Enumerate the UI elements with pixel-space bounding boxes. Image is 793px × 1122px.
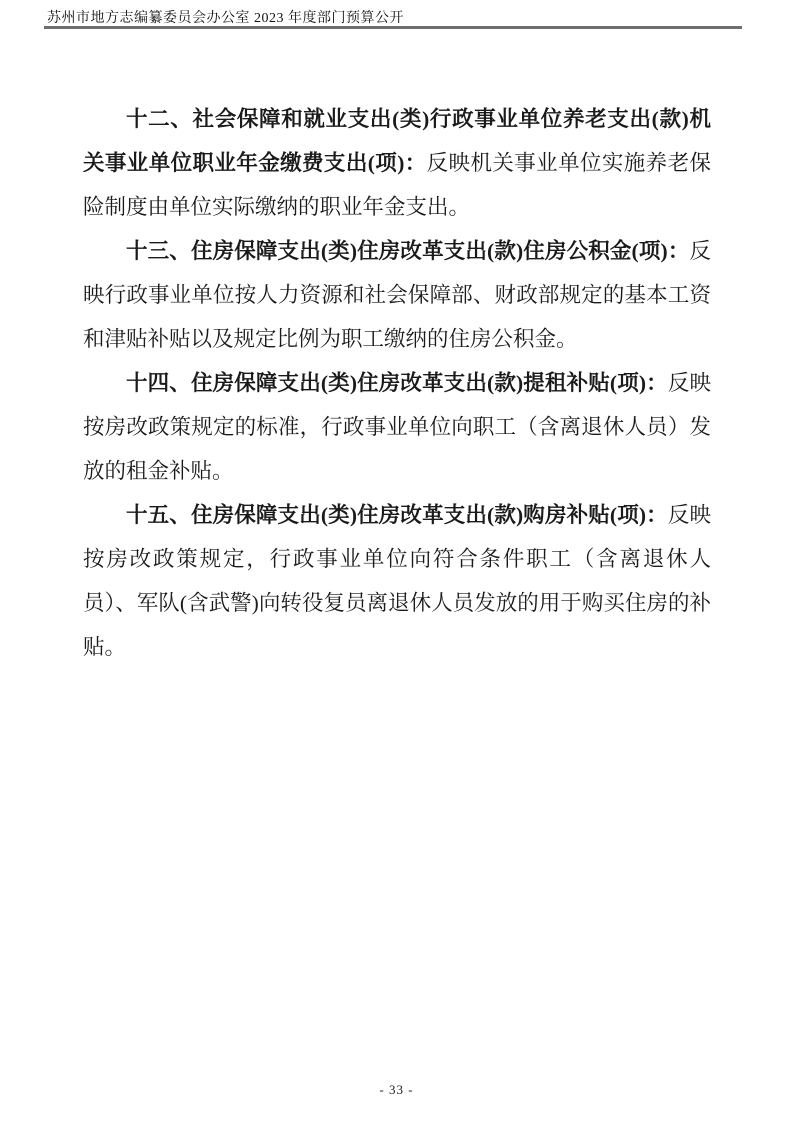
paragraph-item-15: 十五、住房保障支出(类)住房改革支出(款)购房补贴(项)：反映按房改政策规定，行… bbox=[83, 493, 711, 669]
paragraph-lead: 十三、住房保障支出(类)住房改革支出(款)住房公积金(项)： bbox=[126, 239, 689, 263]
paragraph-lead: 十五、住房保障支出(类)住房改革支出(款)购房补贴(项)： bbox=[126, 503, 668, 527]
header-title: 苏州市地方志编纂委员会办公室 2023 年度部门预算公开 bbox=[47, 11, 404, 27]
document-body: 十二、社会保障和就业支出(类)行政事业单位养老支出(款)机关事业单位职业年金缴费… bbox=[83, 97, 711, 669]
paragraph-lead: 十四、住房保障支出(类)住房改革支出(款)提租补贴(项)： bbox=[126, 371, 668, 395]
paragraph-item-12: 十二、社会保障和就业支出(类)行政事业单位养老支出(款)机关事业单位职业年金缴费… bbox=[83, 97, 711, 229]
page-footer: - 33 - bbox=[0, 1082, 793, 1098]
document-page: 苏州市地方志编纂委员会办公室 2023 年度部门预算公开 十二、社会保障和就业支… bbox=[0, 0, 793, 1122]
page-number: - 33 - bbox=[379, 1082, 413, 1097]
header-rule bbox=[44, 26, 742, 29]
paragraph-item-14: 十四、住房保障支出(类)住房改革支出(款)提租补贴(项)：反映按房改政策规定的标… bbox=[83, 361, 711, 493]
paragraph-item-13: 十三、住房保障支出(类)住房改革支出(款)住房公积金(项)：反映行政事业单位按人… bbox=[83, 229, 711, 361]
